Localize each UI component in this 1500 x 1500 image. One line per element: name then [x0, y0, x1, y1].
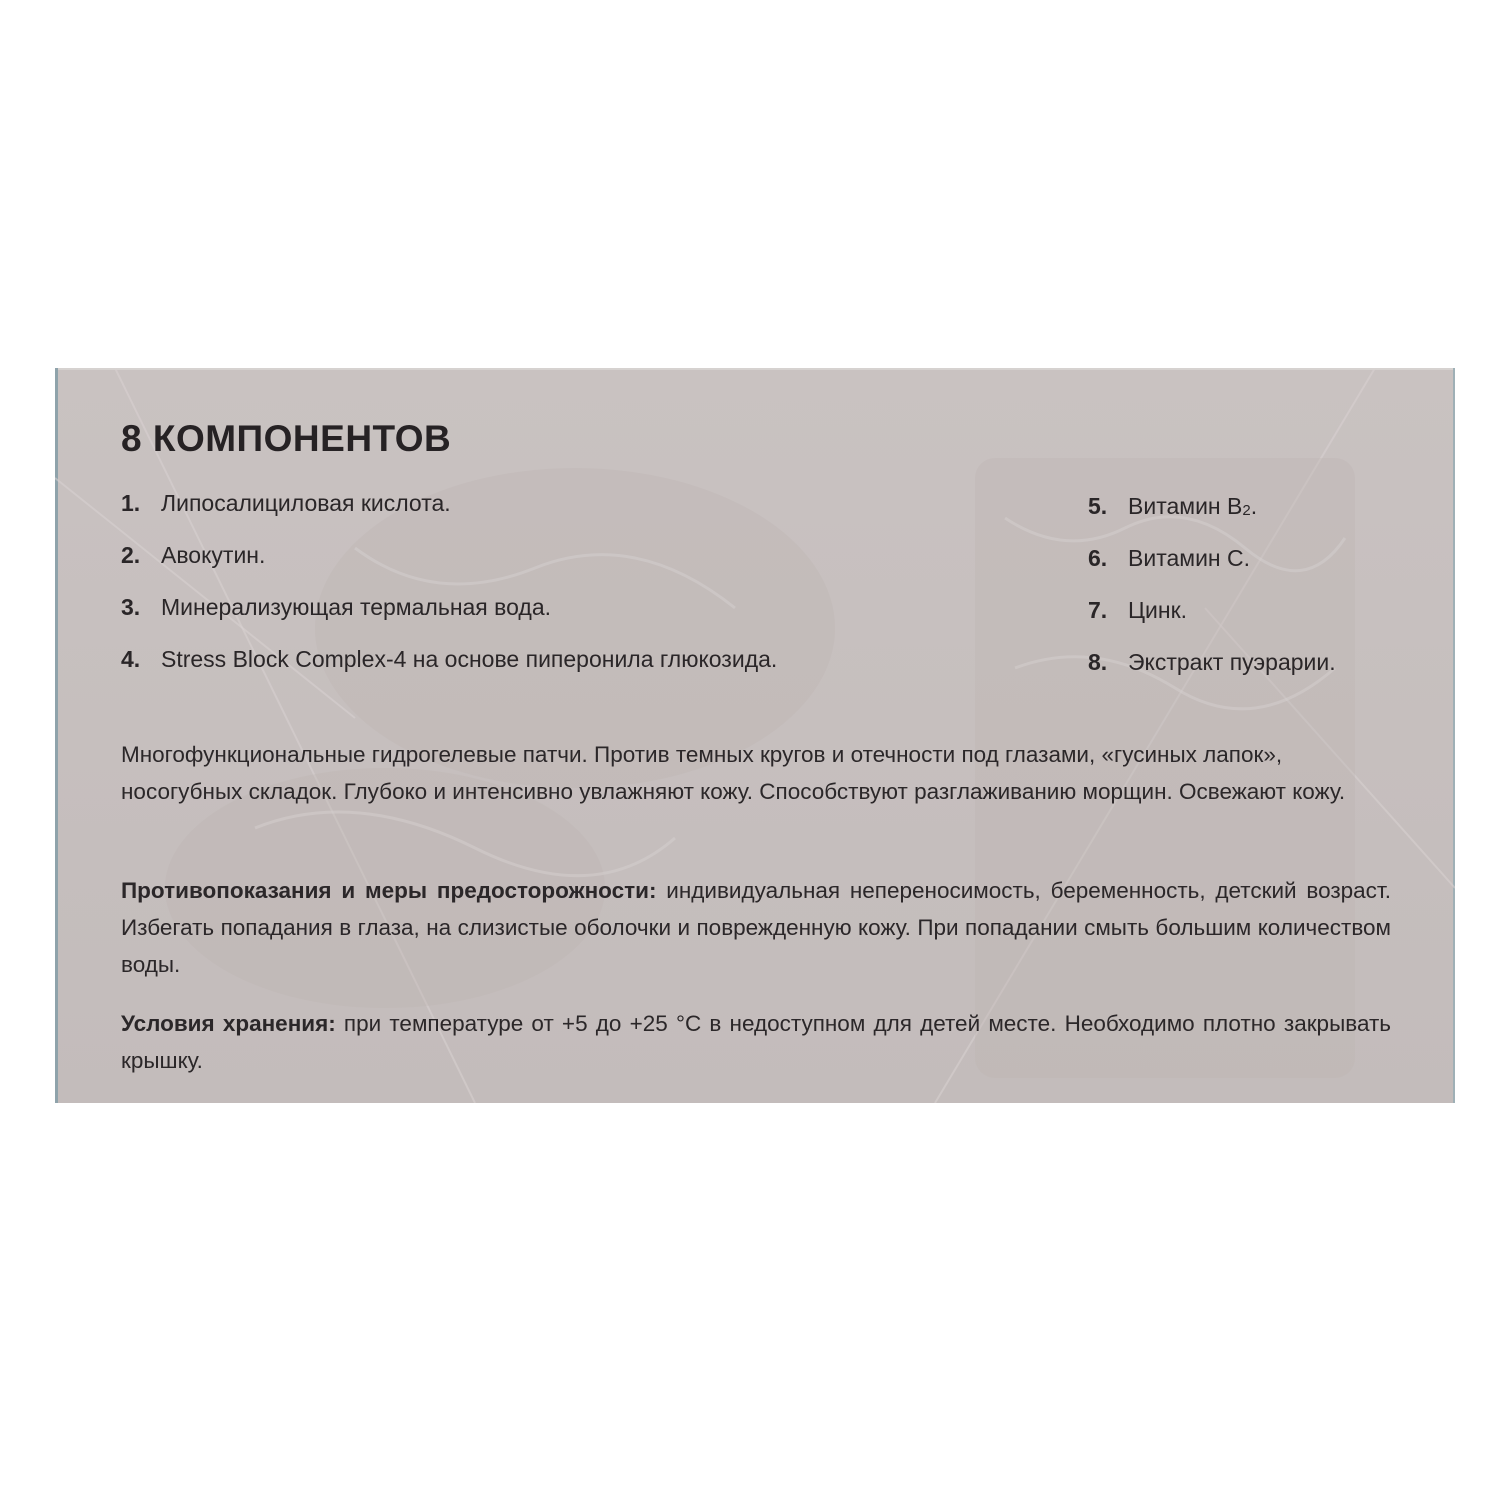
ingredient-item: 1. Липосалициловая кислота.	[121, 490, 777, 542]
storage-heading: Условия хранения:	[121, 1011, 336, 1036]
ingredient-item: 7. Цинк.	[1088, 597, 1336, 649]
ingredient-number: 6.	[1088, 545, 1128, 572]
ingredient-number: 1.	[121, 490, 161, 517]
ingredient-text: Витамин С.	[1128, 545, 1250, 572]
contraindications-paragraph: Противопоказания и меры предосторожности…	[121, 872, 1391, 983]
ingredient-item: 8. Экстракт пуэрарии.	[1088, 649, 1336, 701]
ingredient-item: 5. Витамин B2.	[1088, 493, 1336, 545]
contraindications-heading: Противопоказания и меры предосторожности…	[121, 878, 656, 903]
ingredient-text: Цинк.	[1128, 597, 1187, 624]
ingredient-item: 4. Stress Block Complex-4 на основе пипе…	[121, 646, 777, 698]
ingredient-number: 4.	[121, 646, 161, 673]
ingredient-number: 2.	[121, 542, 161, 569]
ingredient-list-right: 5. Витамин B2. 6. Витамин С. 7. Цинк. 8.…	[1088, 493, 1336, 701]
ingredient-text-tail: .	[1251, 493, 1257, 519]
subscript: 2	[1242, 502, 1250, 519]
storage-paragraph: Условия хранения: при температуре от +5 …	[121, 1005, 1391, 1079]
product-description: Многофункциональные гидрогелевые патчи. …	[121, 736, 1391, 810]
ingredient-number: 3.	[121, 594, 161, 621]
ingredient-item: 2. Авокутин.	[121, 542, 777, 594]
ingredient-text-main: Витамин B	[1128, 493, 1242, 519]
product-box-back-panel: 8 КОМПОНЕНТОВ 1. Липосалициловая кислота…	[55, 368, 1455, 1103]
ingredient-text: Минерализующая термальная вода.	[161, 594, 551, 621]
ingredient-number: 7.	[1088, 597, 1128, 624]
ingredient-text: Липосалициловая кислота.	[161, 490, 451, 517]
ingredient-text: Авокутин.	[161, 542, 265, 569]
label-content: 8 КОМПОНЕНТОВ 1. Липосалициловая кислота…	[55, 368, 1455, 1103]
components-heading: 8 КОМПОНЕНТОВ	[121, 418, 451, 460]
ingredient-text: Stress Block Complex-4 на основе пиперон…	[161, 646, 777, 673]
ingredient-text: Витамин B2.	[1128, 493, 1257, 520]
ingredient-number: 8.	[1088, 649, 1128, 676]
ingredient-text: Экстракт пуэрарии.	[1128, 649, 1336, 676]
ingredient-list-left: 1. Липосалициловая кислота. 2. Авокутин.…	[121, 490, 777, 698]
ingredient-item: 3. Минерализующая термальная вода.	[121, 594, 777, 646]
ingredient-number: 5.	[1088, 493, 1128, 520]
ingredient-item: 6. Витамин С.	[1088, 545, 1336, 597]
